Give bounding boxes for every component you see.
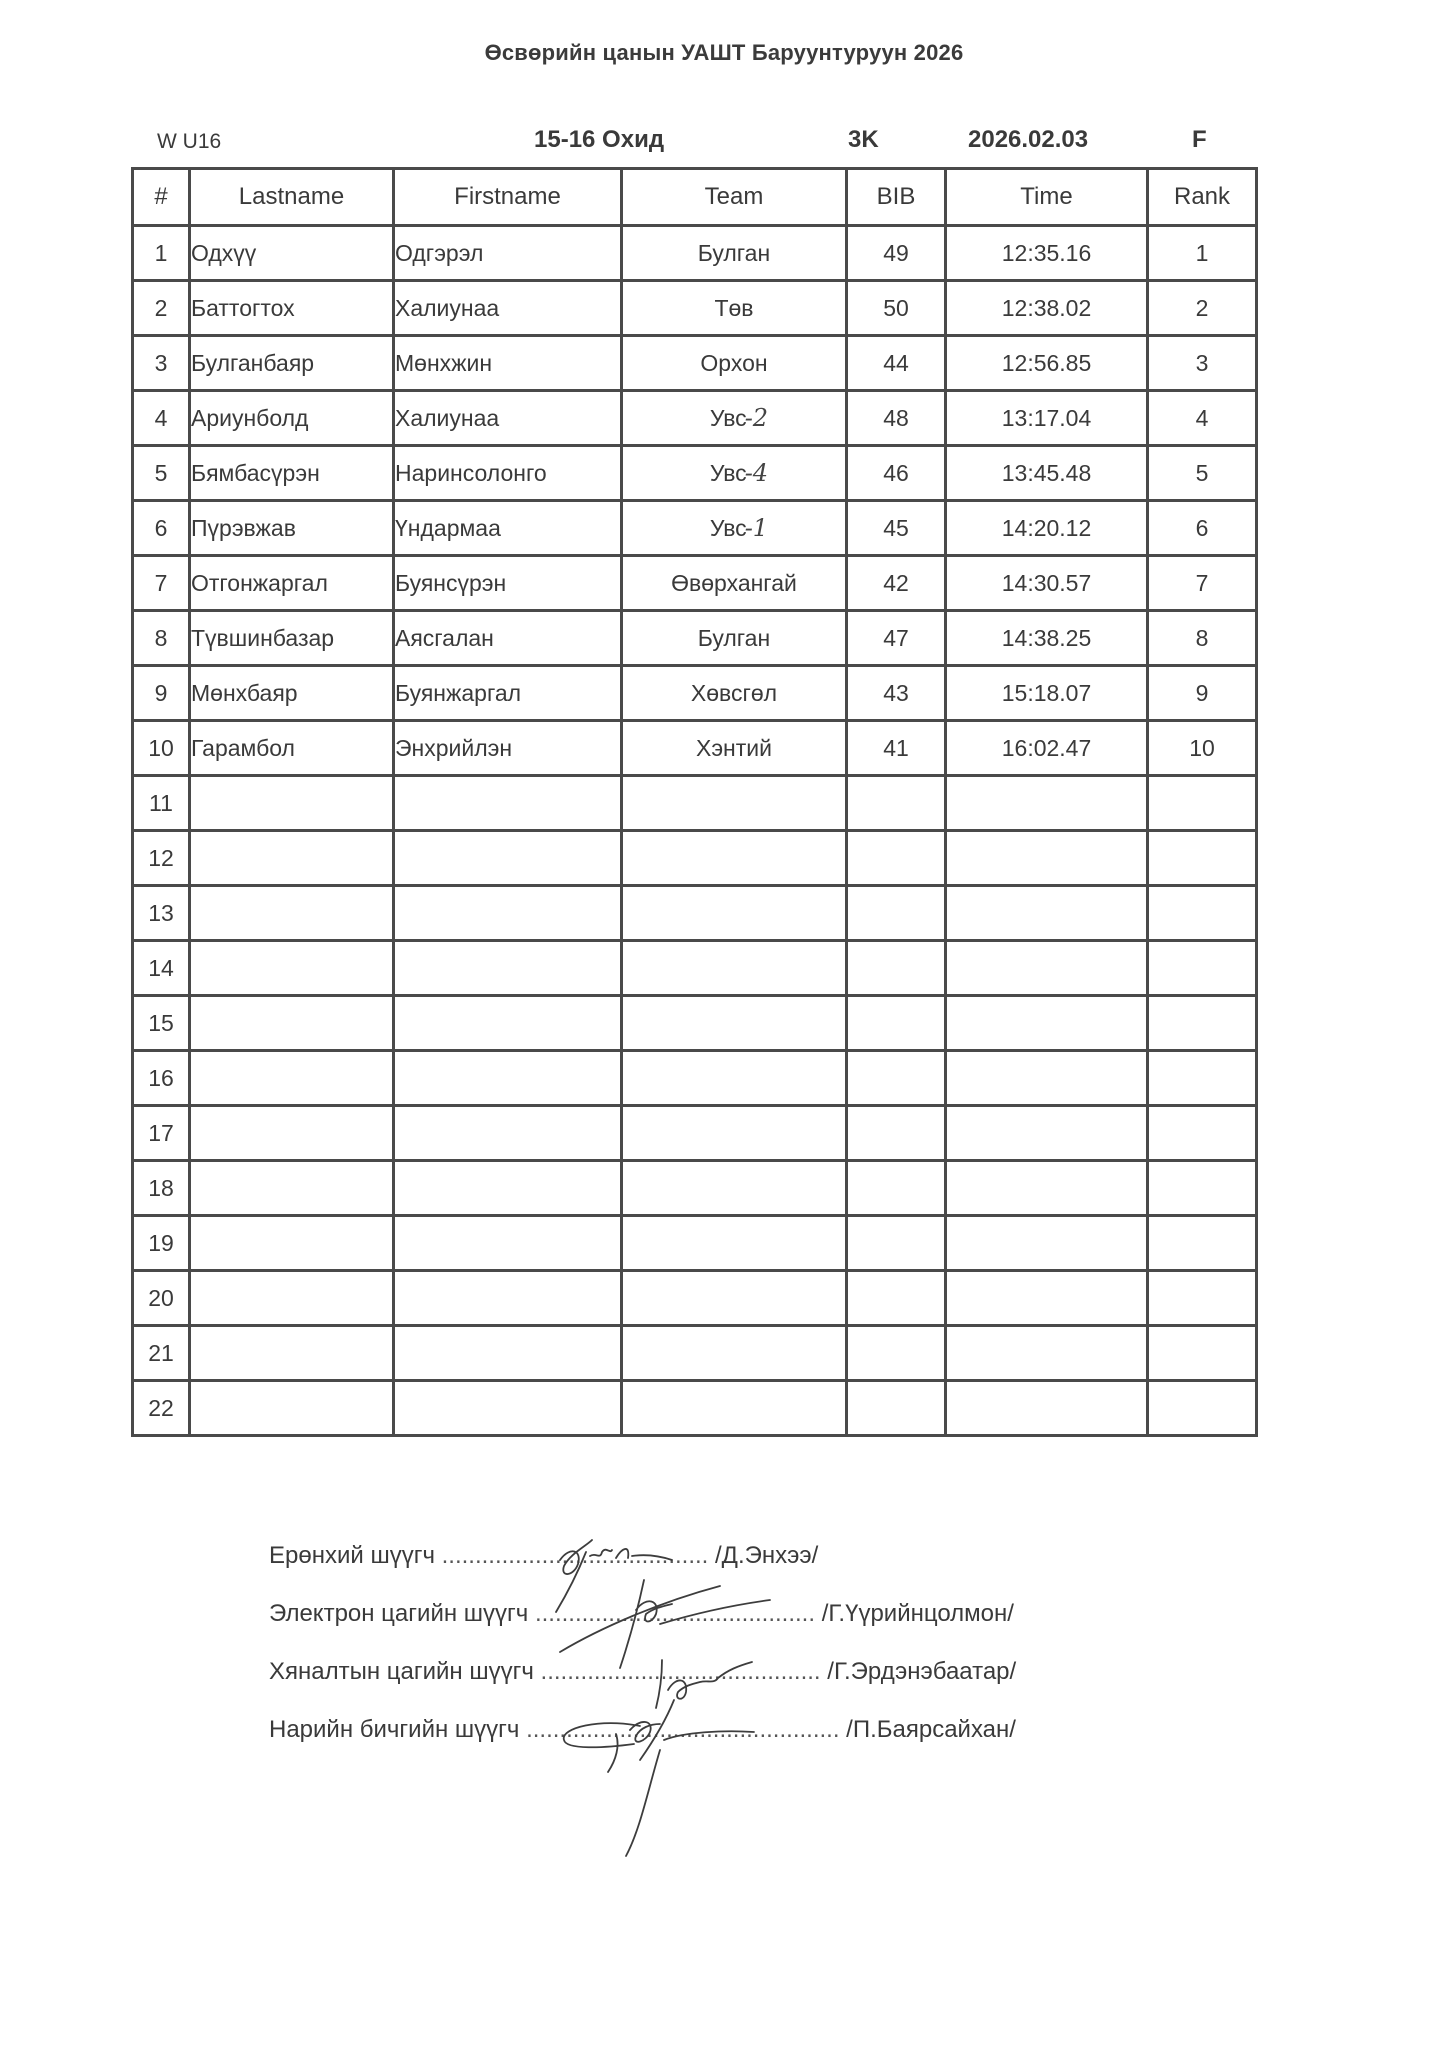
row-number: 22 [133, 1381, 190, 1436]
table-row: 12 [133, 831, 1257, 886]
row-number: 19 [133, 1216, 190, 1271]
cell-team [622, 1216, 847, 1271]
cell-bib: 47 [847, 611, 946, 666]
cell-firstname: Үндармаа [394, 501, 622, 556]
table-row: 3БулганбаярМөнхжинОрхон4412:56.853 [133, 336, 1257, 391]
cell-rank: 7 [1148, 556, 1257, 611]
cell-team: Булган [622, 611, 847, 666]
cell-firstname: Аясгалан [394, 611, 622, 666]
cell-bib [847, 1216, 946, 1271]
signature-line: Хяналтын цагийн шүүгч ..................… [269, 1660, 1016, 1718]
table-row: 9МөнхбаярБуянжаргалХөвсгөл4315:18.079 [133, 666, 1257, 721]
cell-time: 13:45.48 [946, 446, 1148, 501]
cell-lastname [190, 1216, 394, 1271]
cell-rank: 2 [1148, 281, 1257, 336]
cell-lastname [190, 996, 394, 1051]
row-number: 14 [133, 941, 190, 996]
results-table: # Lastname Firstname Team BIB Time Rank … [131, 167, 1258, 1437]
cell-lastname [190, 886, 394, 941]
row-number: 7 [133, 556, 190, 611]
team-name: Увс [710, 460, 747, 487]
cell-bib: 49 [847, 226, 946, 281]
cell-bib: 41 [847, 721, 946, 776]
cell-bib: 46 [847, 446, 946, 501]
cell-time [946, 1381, 1148, 1436]
team-name: Булган [698, 240, 770, 267]
cell-team: Увс-1 [622, 501, 847, 556]
cell-rank: 6 [1148, 501, 1257, 556]
cell-bib [847, 831, 946, 886]
cell-lastname: Гарамбол [190, 721, 394, 776]
row-number: 9 [133, 666, 190, 721]
cell-time: 14:30.57 [946, 556, 1148, 611]
cell-firstname: Халиунаа [394, 391, 622, 446]
cell-team: Хэнтий [622, 721, 847, 776]
cell-time [946, 1216, 1148, 1271]
table-row: 16 [133, 1051, 1257, 1106]
team-name: Увс [710, 515, 747, 542]
cell-bib [847, 1051, 946, 1106]
table-row: 14 [133, 941, 1257, 996]
cell-bib [847, 941, 946, 996]
cell-time [946, 1051, 1148, 1106]
cell-lastname [190, 831, 394, 886]
row-number: 21 [133, 1326, 190, 1381]
signature-dots: ........................................… [535, 1602, 815, 1626]
signature-block: Ерөнхий шүүгч ..........................… [269, 1544, 1016, 1776]
cell-lastname: Баттогтох [190, 281, 394, 336]
cell-lastname [190, 1326, 394, 1381]
cell-team: Хөвсгөл [622, 666, 847, 721]
header-bib: BIB [847, 169, 946, 226]
signature-line: Электрон цагийн шүүгч ..................… [269, 1602, 1016, 1660]
cell-firstname [394, 1216, 622, 1271]
handwritten-note: -2 [745, 404, 768, 432]
cell-rank [1148, 941, 1257, 996]
cell-rank [1148, 1271, 1257, 1326]
cell-firstname [394, 1326, 622, 1381]
cell-lastname [190, 1381, 394, 1436]
cell-team [622, 1381, 847, 1436]
table-row: 18 [133, 1161, 1257, 1216]
cell-team [622, 1326, 847, 1381]
cell-firstname: Энхрийлэн [394, 721, 622, 776]
cell-firstname [394, 1161, 622, 1216]
cell-rank: 9 [1148, 666, 1257, 721]
cell-team [622, 1106, 847, 1161]
handwritten-note: -4 [745, 459, 768, 487]
table-row: 5БямбасүрэнНаринсолонгоУвс-44613:45.485 [133, 446, 1257, 501]
cell-lastname [190, 1051, 394, 1106]
cell-bib: 44 [847, 336, 946, 391]
table-header-row: # Lastname Firstname Team BIB Time Rank [133, 169, 1257, 226]
cell-bib [847, 1326, 946, 1381]
table-row: 21 [133, 1326, 1257, 1381]
cell-rank: 3 [1148, 336, 1257, 391]
signature-role: Нарийн бичгийн шүүгч [269, 1716, 519, 1743]
row-number: 10 [133, 721, 190, 776]
signature-role: Электрон цагийн шүүгч [269, 1600, 528, 1627]
header-num: # [133, 169, 190, 226]
team-name: Хэнтий [696, 735, 772, 762]
cell-firstname: Халиунаа [394, 281, 622, 336]
cell-rank [1148, 1106, 1257, 1161]
row-number: 17 [133, 1106, 190, 1161]
header-team: Team [622, 169, 847, 226]
team-name: Хөвсгөл [691, 680, 777, 707]
row-number: 12 [133, 831, 190, 886]
cell-time [946, 941, 1148, 996]
cell-time: 16:02.47 [946, 721, 1148, 776]
signature-role: Хяналтын цагийн шүүгч [269, 1658, 534, 1685]
cell-team: Булган [622, 226, 847, 281]
cell-rank [1148, 1326, 1257, 1381]
table-row: 7ОтгонжаргалБуянсүрэнӨвөрхангай4214:30.5… [133, 556, 1257, 611]
row-number: 18 [133, 1161, 190, 1216]
cell-rank [1148, 996, 1257, 1051]
cell-team: Орхон [622, 336, 847, 391]
cell-time: 14:20.12 [946, 501, 1148, 556]
row-number: 5 [133, 446, 190, 501]
cell-firstname [394, 776, 622, 831]
signature-dots: ........................................… [526, 1718, 839, 1742]
cell-team: Увс-4 [622, 446, 847, 501]
cell-bib [847, 1271, 946, 1326]
row-number: 2 [133, 281, 190, 336]
cell-team [622, 1161, 847, 1216]
cell-lastname: Түвшинбазар [190, 611, 394, 666]
cell-bib: 45 [847, 501, 946, 556]
cell-rank: 5 [1148, 446, 1257, 501]
table-row: 20 [133, 1271, 1257, 1326]
cell-rank [1148, 831, 1257, 886]
cell-firstname: Буянжаргал [394, 666, 622, 721]
cell-bib: 50 [847, 281, 946, 336]
cell-rank [1148, 776, 1257, 831]
document-title: Өсвөрийн цанын УАШТ Баруунтуруун 2026 [0, 40, 1448, 66]
results-body: 1ОдхүүОдгэрэлБулган4912:35.1612Баттогтох… [133, 226, 1257, 1436]
cell-team [622, 776, 847, 831]
cell-firstname [394, 1106, 622, 1161]
team-name: Увс [710, 405, 747, 432]
team-name: Орхон [700, 350, 767, 377]
cell-team: Увс-2 [622, 391, 847, 446]
cell-lastname: Отгонжаргал [190, 556, 394, 611]
cell-rank [1148, 1381, 1257, 1436]
table-row: 22 [133, 1381, 1257, 1436]
team-name: Булган [698, 625, 770, 652]
cell-team [622, 886, 847, 941]
cell-bib [847, 776, 946, 831]
signature-role: Ерөнхий шүүгч [269, 1542, 435, 1569]
table-row: 19 [133, 1216, 1257, 1271]
cell-bib: 43 [847, 666, 946, 721]
cell-firstname [394, 1051, 622, 1106]
cell-bib: 42 [847, 556, 946, 611]
cell-time: 12:35.16 [946, 226, 1148, 281]
cell-rank [1148, 1161, 1257, 1216]
cell-team [622, 1271, 847, 1326]
table-row: 1ОдхүүОдгэрэлБулган4912:35.161 [133, 226, 1257, 281]
cell-time: 15:18.07 [946, 666, 1148, 721]
team-name: Өвөрхангай [671, 570, 797, 597]
cell-bib: 48 [847, 391, 946, 446]
cell-time: 14:38.25 [946, 611, 1148, 666]
row-number: 15 [133, 996, 190, 1051]
row-number: 4 [133, 391, 190, 446]
row-number: 8 [133, 611, 190, 666]
cell-time [946, 776, 1148, 831]
cell-firstname [394, 886, 622, 941]
age-group-label: 15-16 Охид [534, 126, 664, 154]
cell-rank [1148, 886, 1257, 941]
cell-rank: 1 [1148, 226, 1257, 281]
cell-lastname [190, 1106, 394, 1161]
cell-bib [847, 1106, 946, 1161]
table-row: 15 [133, 996, 1257, 1051]
header-rank: Rank [1148, 169, 1257, 226]
signatory-name: /П.Баярсайхан/ [846, 1716, 1016, 1743]
table-row: 2БаттогтохХалиунааТөв5012:38.022 [133, 281, 1257, 336]
cell-firstname [394, 1271, 622, 1326]
table-row: 10ГарамболЭнхрийлэнХэнтий4116:02.4710 [133, 721, 1257, 776]
table-row: 13 [133, 886, 1257, 941]
cell-bib [847, 886, 946, 941]
cell-firstname: Одгэрэл [394, 226, 622, 281]
signature-line: Ерөнхий шүүгч ..........................… [269, 1544, 1016, 1602]
table-row: 8ТүвшинбазарАясгаланБулган4714:38.258 [133, 611, 1257, 666]
cell-firstname: Мөнхжин [394, 336, 622, 391]
row-number: 6 [133, 501, 190, 556]
cell-team [622, 941, 847, 996]
table-row: 17 [133, 1106, 1257, 1161]
signature-dots: ........................................… [541, 1660, 821, 1684]
signatory-name: /Г.Үүрийнцолмон/ [822, 1600, 1014, 1627]
cell-lastname [190, 941, 394, 996]
cell-rank [1148, 1216, 1257, 1271]
row-number: 20 [133, 1271, 190, 1326]
cell-firstname: Буянсүрэн [394, 556, 622, 611]
cell-firstname [394, 996, 622, 1051]
cell-team: Өвөрхангай [622, 556, 847, 611]
cell-firstname: Наринсолонго [394, 446, 622, 501]
signatory-name: /Г.Эрдэнэбаатар/ [827, 1658, 1016, 1685]
cell-time [946, 886, 1148, 941]
row-number: 13 [133, 886, 190, 941]
date-label: 2026.02.03 [968, 126, 1088, 154]
team-name: Төв [714, 295, 753, 322]
signatory-name: /Д.Энхээ/ [715, 1542, 818, 1569]
cell-lastname: Мөнхбаяр [190, 666, 394, 721]
cell-lastname [190, 1161, 394, 1216]
cell-bib [847, 1161, 946, 1216]
table-row: 11 [133, 776, 1257, 831]
cell-team [622, 1051, 847, 1106]
cell-time [946, 996, 1148, 1051]
handwritten-note: -1 [745, 514, 768, 542]
cell-time [946, 1106, 1148, 1161]
cell-lastname: Булганбаяр [190, 336, 394, 391]
gender-label: F [1192, 126, 1207, 154]
category-label: W U16 [157, 130, 221, 154]
cell-lastname: Одхүү [190, 226, 394, 281]
cell-lastname: Ариунболд [190, 391, 394, 446]
table-row: 4АриунболдХалиунааУвс-24813:17.044 [133, 391, 1257, 446]
cell-team [622, 996, 847, 1051]
cell-time: 12:38.02 [946, 281, 1148, 336]
distance-label: 3K [848, 126, 879, 154]
cell-firstname [394, 1381, 622, 1436]
row-number: 16 [133, 1051, 190, 1106]
header-lastname: Lastname [190, 169, 394, 226]
signature-line: Нарийн бичгийн шүүгч ...................… [269, 1718, 1016, 1776]
header-firstname: Firstname [394, 169, 622, 226]
cell-rank: 8 [1148, 611, 1257, 666]
cell-firstname [394, 831, 622, 886]
row-number: 11 [133, 776, 190, 831]
cell-lastname [190, 1271, 394, 1326]
cell-lastname: Пүрэвжав [190, 501, 394, 556]
cell-lastname [190, 776, 394, 831]
cell-bib [847, 996, 946, 1051]
row-number: 3 [133, 336, 190, 391]
table-row: 6ПүрэвжавҮндармааУвс-14514:20.126 [133, 501, 1257, 556]
cell-time [946, 1326, 1148, 1381]
cell-rank: 10 [1148, 721, 1257, 776]
cell-time [946, 831, 1148, 886]
cell-time: 13:17.04 [946, 391, 1148, 446]
header-time: Time [946, 169, 1148, 226]
cell-team [622, 831, 847, 886]
signature-dots: ........................................ [442, 1544, 709, 1568]
cell-rank [1148, 1051, 1257, 1106]
cell-time [946, 1161, 1148, 1216]
cell-time [946, 1271, 1148, 1326]
cell-lastname: Бямбасүрэн [190, 446, 394, 501]
cell-firstname [394, 941, 622, 996]
cell-rank: 4 [1148, 391, 1257, 446]
cell-bib [847, 1381, 946, 1436]
row-number: 1 [133, 226, 190, 281]
cell-time: 12:56.85 [946, 336, 1148, 391]
cell-team: Төв [622, 281, 847, 336]
